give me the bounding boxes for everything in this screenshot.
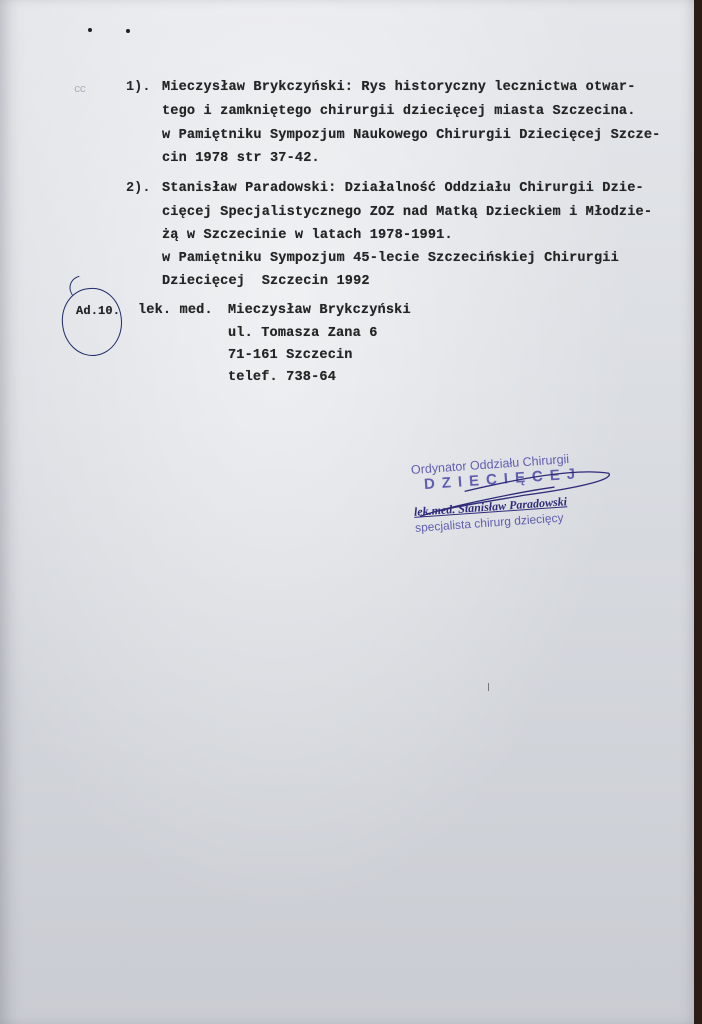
document-page: cc 1). Mieczysław Brykczyński: Rys histo… [0, 0, 694, 1024]
reference-number: 1). [126, 80, 150, 95]
reference-2-line: Stanisław Paradowski: Działalność Oddzia… [162, 181, 644, 196]
reference-2-line: żą w Szczecinie w latach 1978-1991. [162, 228, 453, 243]
paper-mark [488, 683, 489, 691]
official-stamp: Ordynator Oddziału Chirurgii DZIECIĘCEJ … [402, 443, 623, 548]
address-label: Ad.10. [76, 304, 120, 318]
pen-circle-annotation [58, 284, 127, 360]
punch-hole-dot [126, 29, 130, 33]
address-line: telef. 738-64 [228, 370, 336, 385]
reference-1-line: w Pamiętniku Sympozjum Naukowego Chirurg… [162, 128, 660, 143]
reference-1-line: cin 1978 str 37-42. [162, 151, 320, 166]
margin-mark: cc [74, 84, 85, 96]
reference-1-line: Mieczysław Brykczyński: Rys historyczny … [162, 80, 636, 95]
reference-number: 2). [126, 181, 150, 196]
reference-2-line: Dziecięcej Szczecin 1992 [162, 274, 370, 289]
address-title: lek. med. [138, 303, 213, 318]
address-line: Mieczysław Brykczyński [228, 303, 411, 318]
reference-2-line: w Pamiętniku Sympozjum 45-lecie Szczeciń… [162, 251, 619, 266]
reference-2-line: cięcej Specjalistycznego ZOZ nad Matką D… [162, 205, 652, 220]
reference-1-line: tego i zamkniętego chirurgii dziecięcej … [162, 104, 636, 119]
address-line: ul. Tomasza Zana 6 [228, 326, 378, 341]
address-line: 71-161 Szczecin [228, 348, 353, 363]
punch-hole-dot [88, 28, 92, 32]
